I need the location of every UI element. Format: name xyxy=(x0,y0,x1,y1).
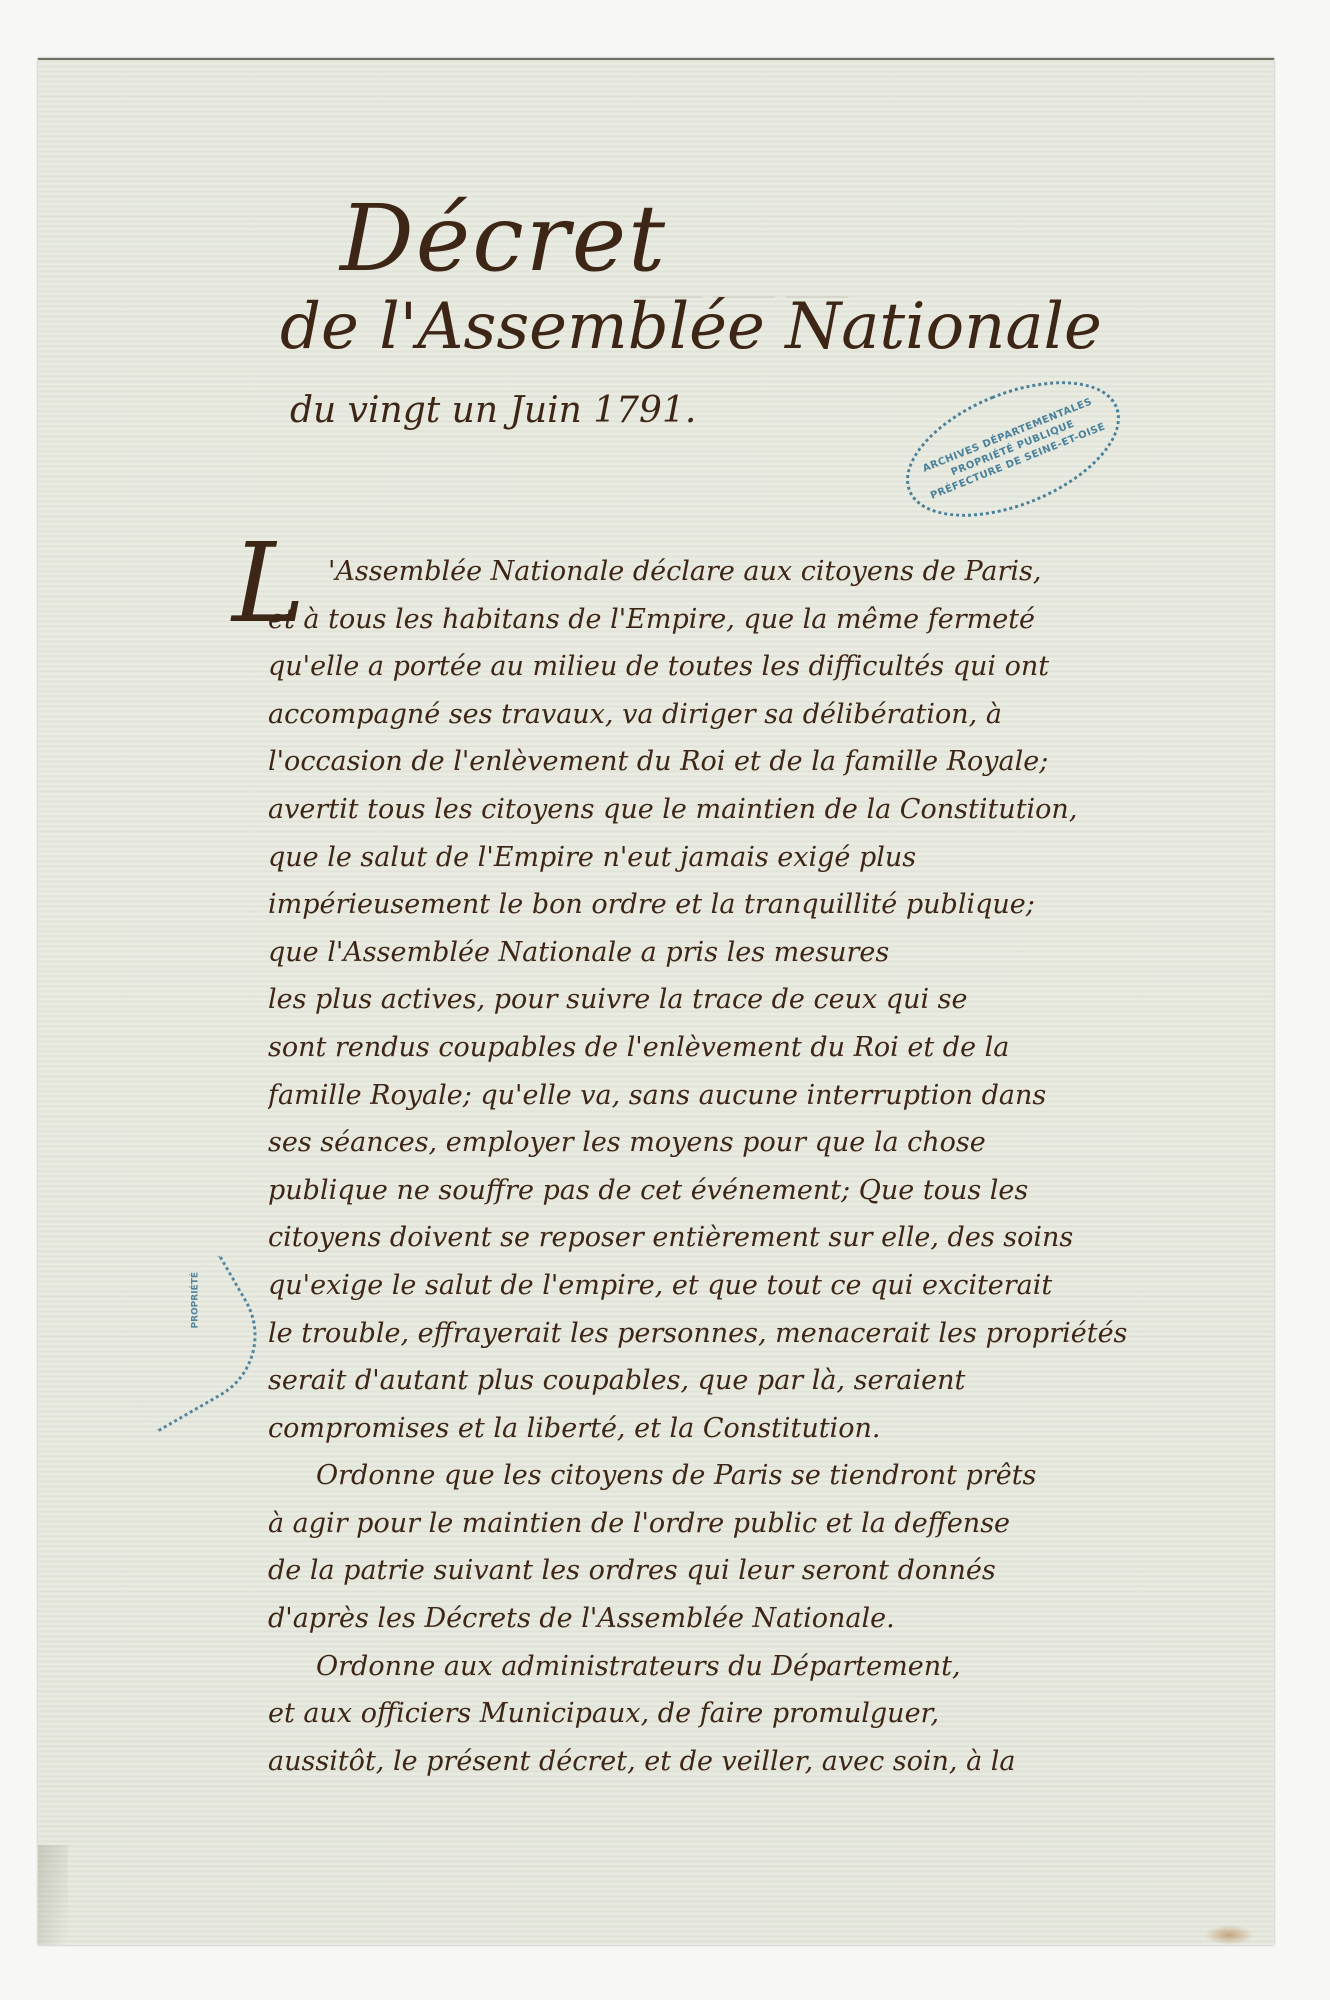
body-line: 'Assemblée Nationale déclare aux citoyen… xyxy=(268,548,1278,596)
body-line: avertit tous les citoyens que le maintie… xyxy=(268,786,1278,834)
body-line: que l'Assemblée Nationale a pris les mes… xyxy=(268,929,1278,977)
body-line: le trouble, effrayerait les personnes, m… xyxy=(268,1310,1278,1358)
document-subtitle: de l'Assemblée Nationale xyxy=(280,290,1102,364)
document-date: du vingt un Juin 1791. xyxy=(290,390,696,431)
body-line: Ordonne que les citoyens de Paris se tie… xyxy=(268,1452,1278,1500)
body-line: à agir pour le maintien de l'ordre publi… xyxy=(268,1500,1278,1548)
body-line: qu'exige le salut de l'empire, et que to… xyxy=(268,1262,1278,1310)
body-line: de la patrie suivant les ordres qui leur… xyxy=(268,1547,1278,1595)
body-line: l'occasion de l'enlèvement du Roi et de … xyxy=(268,738,1278,786)
paper-stain xyxy=(1204,1925,1254,1945)
body-line: que le salut de l'Empire n'eut jamais ex… xyxy=(268,834,1278,882)
body-line: serait d'autant plus coupables, que par … xyxy=(268,1357,1278,1405)
body-line: d'après les Décrets de l'Assemblée Natio… xyxy=(268,1595,1278,1643)
document-title: Décret xyxy=(340,185,667,292)
body-line: aussitôt, le présent décret, et de veill… xyxy=(268,1738,1278,1786)
body-line: et aux officiers Municipaux, de faire pr… xyxy=(268,1690,1278,1738)
body-line: ses séances, employer les moyens pour qu… xyxy=(268,1119,1278,1167)
body-line: compromises et la liberté, et la Constit… xyxy=(268,1405,1278,1453)
body-line: et à tous les habitans de l'Empire, que … xyxy=(268,596,1278,644)
decree-body: 'Assemblée Nationale déclare aux citoyen… xyxy=(268,548,1278,1785)
body-line: impérieusement le bon ordre et la tranqu… xyxy=(268,881,1278,929)
body-line: les plus actives, pour suivre la trace d… xyxy=(268,976,1278,1024)
body-line: citoyens doivent se reposer entièrement … xyxy=(268,1214,1278,1262)
body-line: Ordonne aux administrateurs du Départeme… xyxy=(268,1643,1278,1691)
body-line: publique ne souffre pas de cet événement… xyxy=(268,1167,1278,1215)
margin-stamp-text: PROPRIÉTÉ xyxy=(190,1272,200,1329)
body-line: accompagné ses travaux, va diriger sa dé… xyxy=(268,691,1278,739)
body-line: famille Royale; qu'elle va, sans aucune … xyxy=(268,1072,1278,1120)
body-line: sont rendus coupables de l'enlèvement du… xyxy=(268,1024,1278,1072)
body-line: qu'elle a portée au milieu de toutes les… xyxy=(268,643,1278,691)
